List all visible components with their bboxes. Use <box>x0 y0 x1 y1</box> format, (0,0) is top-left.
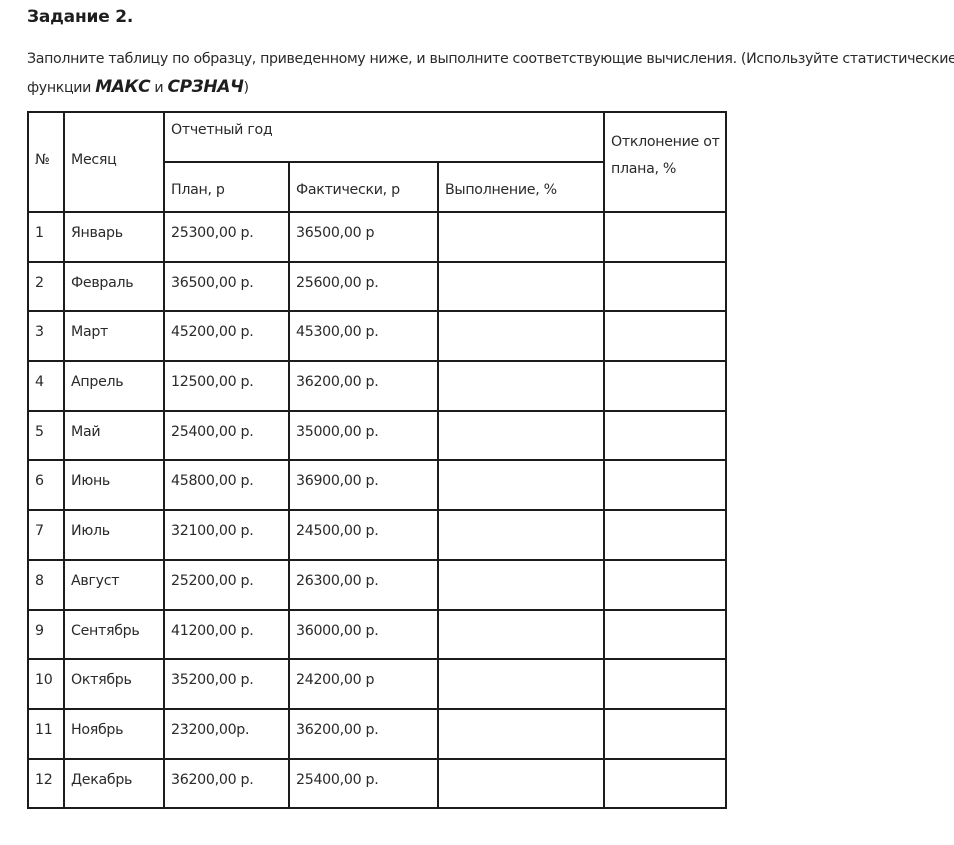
instruction-suffix: ) <box>243 80 248 96</box>
cell-month: Июль <box>64 510 164 560</box>
plan-execution-table: № Месяц Отчетный год Отклонение от плана… <box>27 111 727 809</box>
function-avg: СРЗНАЧ <box>167 77 243 97</box>
cell-completion[interactable] <box>438 560 604 610</box>
cell-completion[interactable] <box>438 659 604 709</box>
instruction-line-2: функции МАКС и СРЗНАЧ) <box>27 73 952 102</box>
header-deviation: Отклонение от плана, % <box>604 112 726 212</box>
header-month: Месяц <box>64 112 164 212</box>
cell-actual: 24200,00 р <box>289 659 438 709</box>
cell-plan: 25300,00 р. <box>164 212 289 262</box>
cell-number: 6 <box>28 460 64 510</box>
task-instruction: Заполните таблицу по образцу, приведенно… <box>27 45 952 102</box>
header-actual: Фактически, р <box>289 162 438 212</box>
cell-actual: 45300,00 р. <box>289 311 438 361</box>
cell-plan: 45200,00 р. <box>164 311 289 361</box>
cell-number: 2 <box>28 262 64 312</box>
cell-completion[interactable] <box>438 610 604 660</box>
cell-number: 3 <box>28 311 64 361</box>
header-reporting-year: Отчетный год <box>164 112 604 162</box>
cell-plan: 25200,00 р. <box>164 560 289 610</box>
header-plan: План, р <box>164 162 289 212</box>
function-max: МАКС <box>95 77 150 97</box>
table-row: 2Февраль36500,00 р.25600,00 р. <box>28 262 726 312</box>
cell-plan: 36500,00 р. <box>164 262 289 312</box>
cell-plan: 32100,00 р. <box>164 510 289 560</box>
cell-completion[interactable] <box>438 460 604 510</box>
cell-completion[interactable] <box>438 759 604 809</box>
cell-completion[interactable] <box>438 361 604 411</box>
header-row-top: № Месяц Отчетный год Отклонение от плана… <box>28 112 726 162</box>
table-row: 5Май25400,00 р.35000,00 р. <box>28 411 726 461</box>
cell-month: Сентябрь <box>64 610 164 660</box>
cell-actual: 25600,00 р. <box>289 262 438 312</box>
cell-number: 8 <box>28 560 64 610</box>
cell-plan: 25400,00 р. <box>164 411 289 461</box>
instruction-conjunction: и <box>150 80 167 96</box>
cell-month: Октябрь <box>64 659 164 709</box>
cell-actual: 36200,00 р. <box>289 709 438 759</box>
instruction-prefix: функции <box>27 80 95 96</box>
cell-actual: 26300,00 р. <box>289 560 438 610</box>
cell-plan: 23200,00р. <box>164 709 289 759</box>
cell-number: 9 <box>28 610 64 660</box>
cell-month: Январь <box>64 212 164 262</box>
cell-completion[interactable] <box>438 212 604 262</box>
table-row: 8Август25200,00 р.26300,00 р. <box>28 560 726 610</box>
cell-month: Апрель <box>64 361 164 411</box>
cell-deviation[interactable] <box>604 709 726 759</box>
table-row: 3Март45200,00 р.45300,00 р. <box>28 311 726 361</box>
cell-actual: 36500,00 р <box>289 212 438 262</box>
cell-number: 12 <box>28 759 64 809</box>
cell-deviation[interactable] <box>604 759 726 809</box>
cell-deviation[interactable] <box>604 262 726 312</box>
cell-month: Август <box>64 560 164 610</box>
cell-deviation[interactable] <box>604 311 726 361</box>
header-number: № <box>28 112 64 212</box>
table-row: 4Апрель12500,00 р.36200,00 р. <box>28 361 726 411</box>
cell-month: Март <box>64 311 164 361</box>
cell-completion[interactable] <box>438 709 604 759</box>
cell-actual: 36200,00 р. <box>289 361 438 411</box>
header-completion: Выполнение, % <box>438 162 604 212</box>
cell-number: 11 <box>28 709 64 759</box>
cell-actual: 25400,00 р. <box>289 759 438 809</box>
table-row: 1Январь25300,00 р.36500,00 р <box>28 212 726 262</box>
cell-deviation[interactable] <box>604 610 726 660</box>
task-title: Задание 2. <box>27 7 133 27</box>
cell-month: Декабрь <box>64 759 164 809</box>
cell-actual: 36900,00 р. <box>289 460 438 510</box>
cell-plan: 12500,00 р. <box>164 361 289 411</box>
cell-deviation[interactable] <box>604 212 726 262</box>
table-row: 12Декабрь36200,00 р.25400,00 р. <box>28 759 726 809</box>
cell-month: Февраль <box>64 262 164 312</box>
cell-number: 4 <box>28 361 64 411</box>
cell-number: 1 <box>28 212 64 262</box>
table-row: 7Июль32100,00 р.24500,00 р. <box>28 510 726 560</box>
cell-completion[interactable] <box>438 262 604 312</box>
cell-month: Май <box>64 411 164 461</box>
cell-completion[interactable] <box>438 510 604 560</box>
cell-plan: 36200,00 р. <box>164 759 289 809</box>
cell-number: 5 <box>28 411 64 461</box>
cell-deviation[interactable] <box>604 659 726 709</box>
cell-number: 7 <box>28 510 64 560</box>
cell-deviation[interactable] <box>604 460 726 510</box>
cell-plan: 35200,00 р. <box>164 659 289 709</box>
cell-plan: 45800,00 р. <box>164 460 289 510</box>
cell-completion[interactable] <box>438 311 604 361</box>
cell-number: 10 <box>28 659 64 709</box>
cell-month: Июнь <box>64 460 164 510</box>
cell-deviation[interactable] <box>604 510 726 560</box>
table-row: 6Июнь45800,00 р.36900,00 р. <box>28 460 726 510</box>
cell-deviation[interactable] <box>604 361 726 411</box>
cell-actual: 35000,00 р. <box>289 411 438 461</box>
table-row: 9Сентябрь41200,00 р.36000,00 р. <box>28 610 726 660</box>
cell-completion[interactable] <box>438 411 604 461</box>
cell-month: Ноябрь <box>64 709 164 759</box>
cell-deviation[interactable] <box>604 411 726 461</box>
table-row: 10Октябрь35200,00 р.24200,00 р <box>28 659 726 709</box>
cell-deviation[interactable] <box>604 560 726 610</box>
cell-actual: 36000,00 р. <box>289 610 438 660</box>
cell-plan: 41200,00 р. <box>164 610 289 660</box>
table-row: 11Ноябрь23200,00р.36200,00 р. <box>28 709 726 759</box>
cell-actual: 24500,00 р. <box>289 510 438 560</box>
instruction-line-1: Заполните таблицу по образцу, приведенно… <box>27 45 952 73</box>
